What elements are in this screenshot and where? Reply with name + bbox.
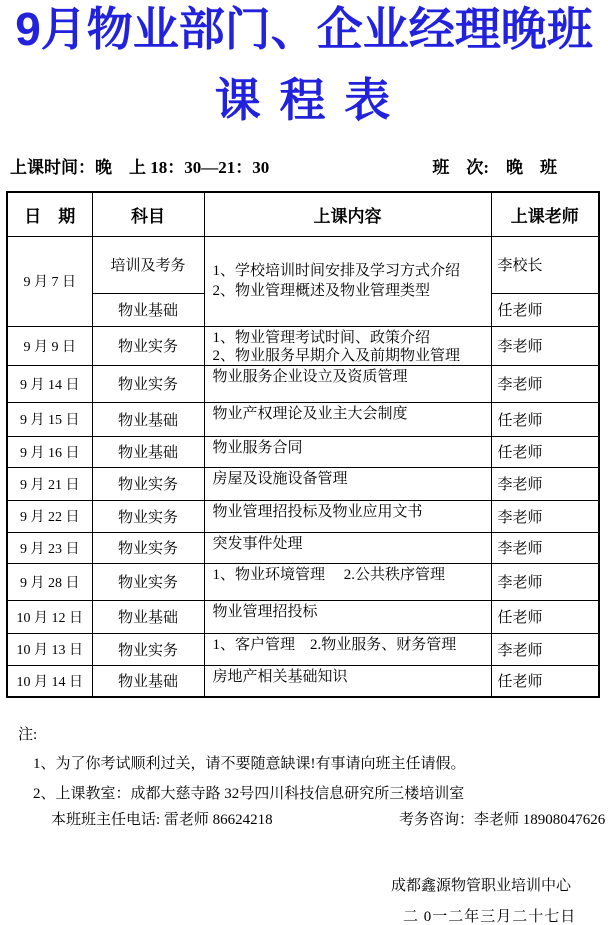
col-header-date: 日 期: [7, 192, 92, 236]
content-line: 物业服务企业设立及资质管理: [213, 368, 487, 386]
content-cell: 突发事件处理: [204, 532, 491, 563]
class-shift-label: 班 次: 晚 班: [432, 155, 598, 181]
footer-organization: 成都鑫源物管职业培训中心: [391, 874, 571, 895]
content-line: 1、物业管理考试时间、政策介绍: [213, 329, 487, 347]
table-row: 10 月 14 日 物业基础 房地产相关基础知识 任老师: [7, 665, 599, 697]
info-row: 上课时间：晚 上 18：30—21：30 班 次: 晚 班: [10, 155, 598, 181]
teacher-cell: 李老师: [491, 326, 599, 365]
table-row: 9 月 23 日 物业实务 突发事件处理 李老师: [7, 532, 599, 563]
subject-cell: 培训及考务: [92, 236, 204, 293]
content-line: 突发事件处理: [213, 535, 487, 553]
subject-cell: 物业实务: [92, 326, 204, 365]
content-cell: 房屋及设施设备管理: [204, 467, 491, 500]
table-row: 9 月 21 日 物业实务 房屋及设施设备管理 李老师: [7, 467, 599, 500]
date-cell: 10 月 12 日: [7, 600, 92, 633]
content-line: 物业产权理论及业主大会制度: [213, 405, 487, 423]
page-subtitle: 课 程 表: [0, 72, 608, 128]
content-cell: 房地产相关基础知识: [204, 665, 491, 697]
table-row: 10 月 12 日 物业基础 物业管理招投标 任老师: [7, 600, 599, 633]
content-line: 房地产相关基础知识: [213, 668, 487, 686]
table-row: 9 月 16 日 物业基础 物业服务合同 任老师: [7, 436, 599, 467]
subject-cell: 物业实务: [92, 365, 204, 402]
col-header-content: 上课内容: [204, 192, 491, 236]
subject-cell: 物业实务: [92, 563, 204, 600]
schedule-document: 9月物业部门、企业经理晚班 课 程 表 上课时间：晚 上 18：30—21：30…: [0, 0, 608, 925]
date-cell: 10 月 14 日: [7, 665, 92, 697]
table-row: 9 月 28 日 物业实务 1、物业环境管理 2.公共秩序管理 李老师: [7, 563, 599, 600]
content-line: 1、物业环境管理 2.公共秩序管理: [213, 566, 487, 584]
table-row-sep7-top: 9 月 7 日 培训及考务 1、学校培训时间安排及学习方式介绍 2、物业管理概述…: [7, 236, 599, 293]
content-line: 2、物业管理概述及物业管理类型: [213, 281, 487, 301]
head-teacher-phone: 本班班主任电话: 雷老师 86624218: [51, 808, 273, 829]
content-cell: 1、物业管理考试时间、政策介绍 2、物业服务早期介入及前期物业管理: [204, 326, 491, 365]
teacher-cell: 李老师: [491, 563, 599, 600]
content-cell: 物业管理招投标及物业应用文书: [204, 500, 491, 532]
subject-cell: 物业基础: [92, 600, 204, 633]
note-item-2: 2、上课教室：成都大慈寺路 32号四川科技信息研究所三楼培训室: [33, 782, 464, 803]
date-cell: 10 月 13 日: [7, 633, 92, 665]
teacher-cell: 任老师: [491, 293, 599, 326]
page-title: 9月物业部门、企业经理晚班: [0, 0, 608, 58]
subject-cell: 物业基础: [92, 665, 204, 697]
subject-cell: 物业实务: [92, 467, 204, 500]
date-cell: 9 月 22 日: [7, 500, 92, 532]
date-cell: 9 月 7 日: [7, 236, 92, 326]
content-line: 物业管理招投标: [213, 603, 487, 621]
class-time-label: 上课时间：晚 上 18：30—21：30: [10, 155, 269, 181]
content-line: 2、物业服务早期介入及前期物业管理: [213, 347, 487, 365]
notes-label: 注:: [18, 723, 37, 744]
teacher-cell: 李老师: [491, 532, 599, 563]
subject-cell: 物业基础: [92, 293, 204, 326]
content-cell: 1、学校培训时间安排及学习方式介绍 2、物业管理概述及物业管理类型: [204, 236, 491, 326]
table-header-row: 日 期 科目 上课内容 上课老师: [7, 192, 599, 236]
content-cell: 物业服务合同: [204, 436, 491, 467]
content-line: 1、学校培训时间安排及学习方式介绍: [213, 261, 487, 281]
date-cell: 9 月 15 日: [7, 402, 92, 436]
table-row: 9 月 22 日 物业实务 物业管理招投标及物业应用文书 李老师: [7, 500, 599, 532]
course-table: 日 期 科目 上课内容 上课老师 9 月 7 日 培训及考务 1、学校培训时间安…: [6, 191, 600, 698]
subject-cell: 物业实务: [92, 633, 204, 665]
note-item-1: 1、为了你考试顺利过关，请不要随意缺课!有事请向班主任请假。: [33, 752, 466, 773]
teacher-cell: 任老师: [491, 402, 599, 436]
teacher-cell: 李老师: [491, 365, 599, 402]
content-line: 物业管理招投标及物业应用文书: [213, 503, 487, 521]
subject-cell: 物业基础: [92, 402, 204, 436]
teacher-cell: 任老师: [491, 436, 599, 467]
teacher-cell: 李老师: [491, 500, 599, 532]
col-header-subject: 科目: [92, 192, 204, 236]
teacher-cell: 李老师: [491, 467, 599, 500]
subject-cell: 物业实务: [92, 500, 204, 532]
footer-date: 二 0一二年三月二十七日: [403, 905, 576, 925]
content-cell: 1、物业环境管理 2.公共秩序管理: [204, 563, 491, 600]
date-cell: 9 月 28 日: [7, 563, 92, 600]
content-line: 物业服务合同: [213, 439, 487, 457]
content-line: 1、客户管理 2.物业服务、财务管理: [213, 636, 487, 654]
exam-affairs-phone: 考务咨询：李老师 18908047626: [399, 808, 605, 829]
teacher-cell: 李老师: [491, 633, 599, 665]
table-row: 9 月 9 日 物业实务 1、物业管理考试时间、政策介绍 2、物业服务早期介入及…: [7, 326, 599, 365]
table-row: 9 月 14 日 物业实务 物业服务企业设立及资质管理 李老师: [7, 365, 599, 402]
content-cell: 物业服务企业设立及资质管理: [204, 365, 491, 402]
teacher-cell: 李校长: [491, 236, 599, 293]
table-row: 9 月 15 日 物业基础 物业产权理论及业主大会制度 任老师: [7, 402, 599, 436]
date-cell: 9 月 16 日: [7, 436, 92, 467]
table-row: 10 月 13 日 物业实务 1、客户管理 2.物业服务、财务管理 李老师: [7, 633, 599, 665]
subject-cell: 物业实务: [92, 532, 204, 563]
teacher-cell: 任老师: [491, 665, 599, 697]
date-cell: 9 月 9 日: [7, 326, 92, 365]
subject-cell: 物业基础: [92, 436, 204, 467]
content-line: 房屋及设施设备管理: [213, 470, 487, 488]
content-cell: 1、客户管理 2.物业服务、财务管理: [204, 633, 491, 665]
content-cell: 物业管理招投标: [204, 600, 491, 633]
date-cell: 9 月 14 日: [7, 365, 92, 402]
content-cell: 物业产权理论及业主大会制度: [204, 402, 491, 436]
date-cell: 9 月 23 日: [7, 532, 92, 563]
date-cell: 9 月 21 日: [7, 467, 92, 500]
teacher-cell: 任老师: [491, 600, 599, 633]
col-header-teacher: 上课老师: [491, 192, 599, 236]
